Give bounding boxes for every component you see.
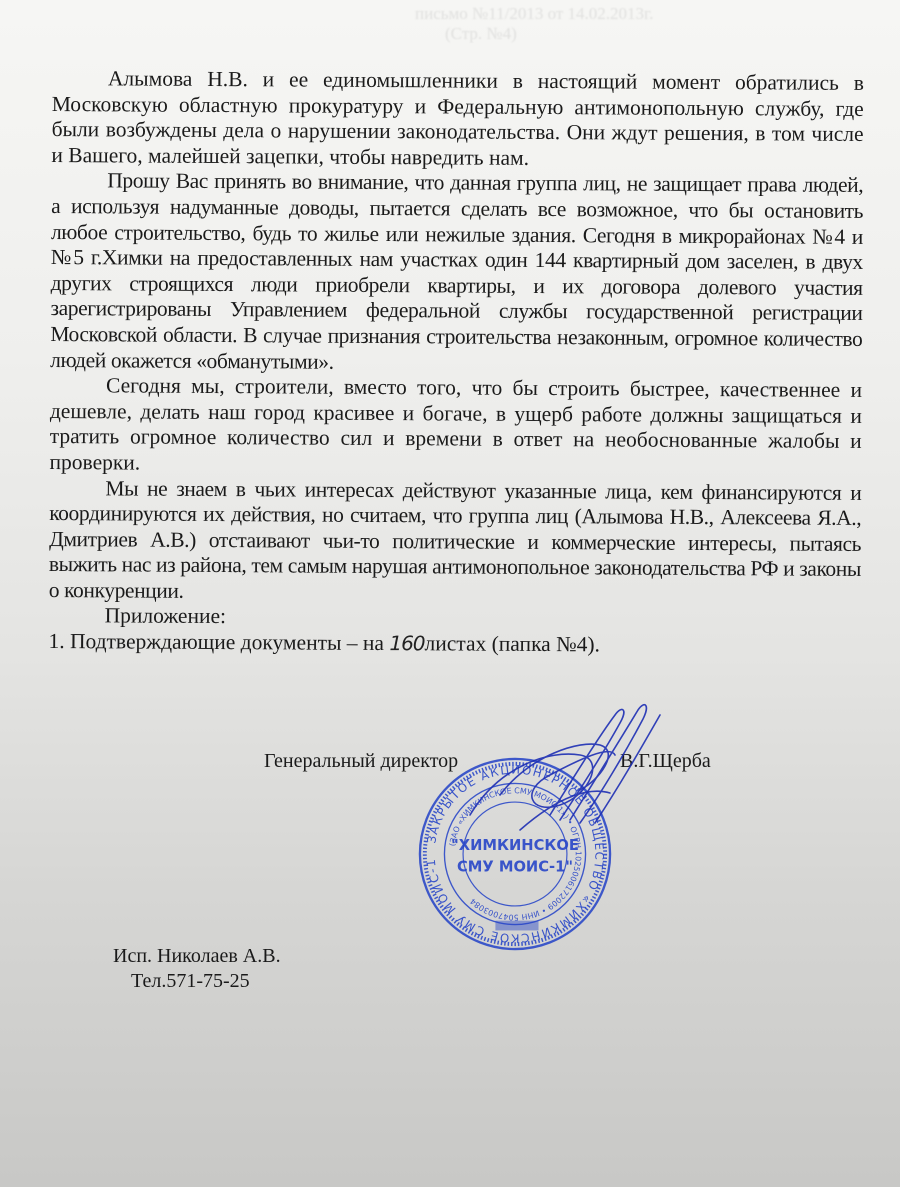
svg-text:СМУ МОИС-1": СМУ МОИС-1" (457, 859, 573, 876)
paragraph-3: Сегодня мы, строители, вместо того, что … (49, 373, 862, 480)
paragraph-1: Алымова Н.В. и ее единомышленники в наст… (51, 66, 864, 173)
executor-block: Исп. Николаев А.В. Тел.571-75-25 (113, 944, 281, 994)
appendix-item-1: 1. Подтверждающие документы – на 160лист… (48, 629, 860, 660)
appendix-item-prefix: 1. Подтверждающие документы – на (48, 629, 389, 655)
bleed-through-line-1: письмо №11/2013 от 14.02.2013г. (415, 4, 653, 24)
appendix-item-suffix: листах (папка №4). (425, 631, 601, 656)
executor-phone: Тел.571-75-25 (113, 969, 281, 994)
scanned-letter-page: письмо №11/2013 от 14.02.2013г. (Стр. №4… (0, 0, 900, 1187)
bleed-through-line-2: (Стр. №4) (445, 24, 517, 44)
handwritten-signature-icon (440, 695, 670, 855)
letter-body: Алымова Н.В. и ее единомышленники в наст… (48, 66, 864, 660)
paragraph-4: Мы не знаем в чьих интересах действуют у… (49, 475, 862, 608)
handwritten-page-count: 160 (389, 631, 424, 655)
executor-name: Исп. Николаев А.В. (113, 944, 281, 969)
paragraph-2: Прошу Вас принять во внимание, что данна… (50, 168, 863, 378)
